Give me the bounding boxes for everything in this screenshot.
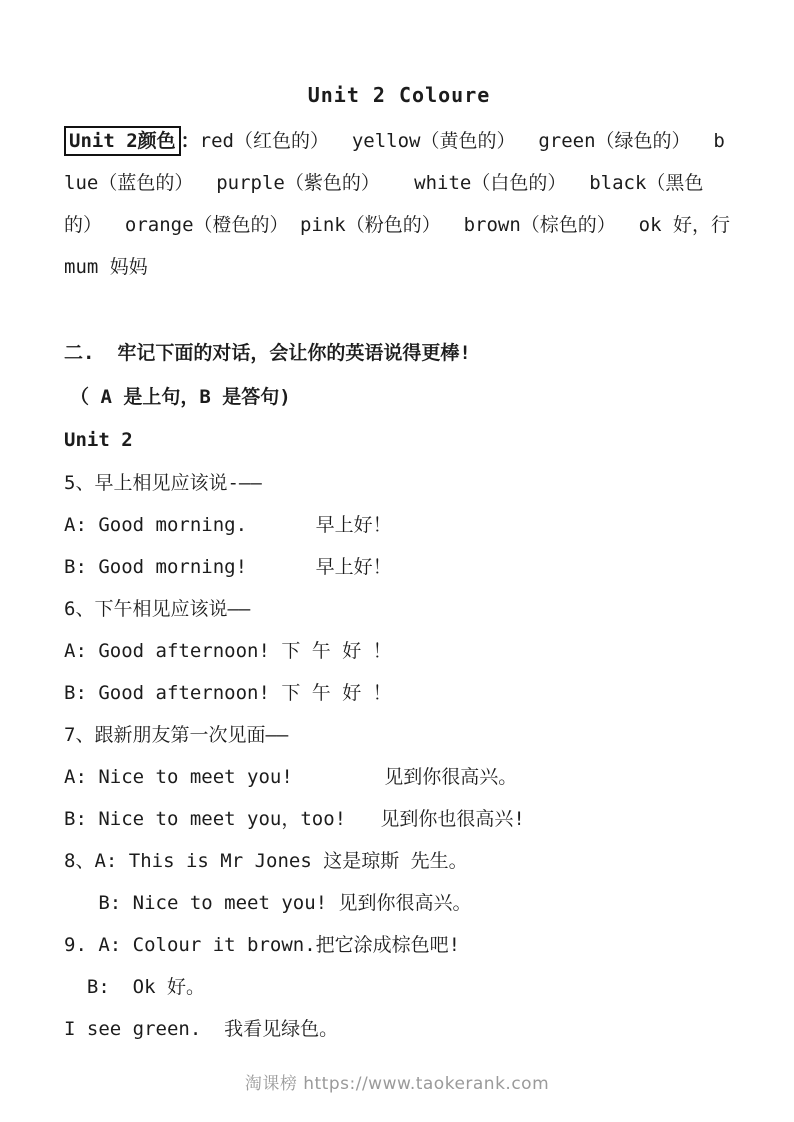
dialogue-line: B: Ok 好。: [64, 966, 734, 1008]
dialogue-line: 6、下午相见应该说——: [64, 588, 734, 630]
dialogue-line: B: Nice to meet you，too! 见到你也很高兴!: [64, 798, 734, 840]
section-heading: 二. 牢记下面的对话，会让你的英语说得更棒!: [64, 332, 734, 374]
dialogue-line: A: Nice to meet you! 见到你很高兴。: [64, 756, 734, 798]
dialogue-line: I see green. 我看见绿色。: [64, 1008, 734, 1050]
vocab-paragraph: Unit 2颜色：red（红色的） yellow（黄色的） green（绿色的）…: [64, 120, 734, 288]
dialogue-line: B: Good morning! 早上好！: [64, 546, 734, 588]
dialogue-line: B: Nice to meet you! 见到你很高兴。: [64, 882, 734, 924]
dialogue-line: 9. A: Colour it brown.把它涂成棕色吧!: [64, 924, 734, 966]
unit-label: Unit 2: [64, 420, 734, 460]
document-page: Unit 2 Coloure Unit 2颜色：red（红色的） yellow（…: [0, 0, 794, 1122]
dialogue-list: 5、早上相见应该说-—— A: Good morning. 早上好！ B: Go…: [64, 462, 734, 1050]
dialogue-line: 8、A: This is Mr Jones 这是琼斯 先生。: [64, 840, 734, 882]
dialogue-line: 7、跟新朋友第一次见面——: [64, 714, 734, 756]
footer-watermark: 淘课榜 https://www.taokerank.com: [0, 1069, 794, 1094]
boxed-unit-label: Unit 2颜色: [64, 126, 181, 156]
page-title: Unit 2 Coloure: [64, 80, 734, 110]
dialogue-line: A: Good morning. 早上好！: [64, 504, 734, 546]
vocab-colon: ：: [181, 130, 200, 152]
dialogue-line: A: Good afternoon! 下 午 好 ！: [64, 630, 734, 672]
dialogue-line: 5、早上相见应该说-——: [64, 462, 734, 504]
section-subheading: （ A 是上句，B 是答句): [70, 374, 734, 420]
dialogue-line: B: Good afternoon! 下 午 好 ！: [64, 672, 734, 714]
